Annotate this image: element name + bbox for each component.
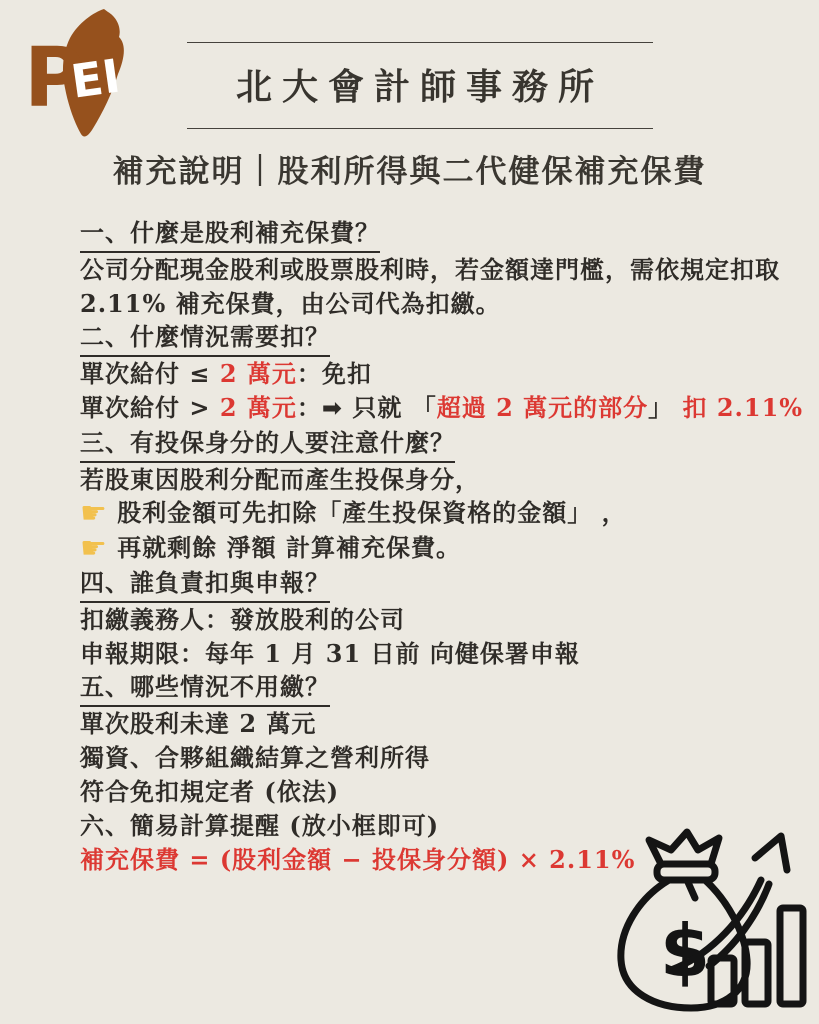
- pei-logo: P EI: [16, 4, 146, 144]
- content: 一、什麼是股利補充保費？公司分配現金股利或股票股利時，若金額達門檻，需依規定扣取…: [80, 216, 750, 877]
- money-growth-illustration: $: [599, 818, 815, 1018]
- pointing-finger-icon: ☛: [80, 531, 108, 566]
- section-who-withholds-reports: 四、誰負責扣與申報？扣繳義務人：發放股利的公司申報期限：每年 1 月 31 日前…: [80, 566, 750, 670]
- section-what-is: 一、什麼是股利補充保費？公司分配現金股利或股票股利時，若金額達門檻，需依規定扣取…: [80, 216, 750, 320]
- text-run: 扣 2.11%: [683, 393, 804, 422]
- section-heading: 三、有投保身分的人要注意什麼？: [80, 426, 750, 463]
- section-insured-status: 三、有投保身分的人要注意什麼？若股東因股利分配而產生投保身分，☛ 股利金額可先扣…: [80, 426, 750, 566]
- text-run: 補充保費 = (股利金額 − 投保身分額) × 2.11%: [80, 845, 635, 874]
- text-run: 單次股利未達 2 萬元: [80, 709, 316, 738]
- text-run: 」: [648, 393, 682, 422]
- masthead: 北大會計師事務所: [187, 42, 653, 129]
- text-run: ：免扣: [297, 359, 372, 388]
- content-line: 單次給付 > 2 萬元：➡ 只就 「超過 2 萬元的部分」 扣 2.11%: [80, 391, 750, 426]
- content-line: 獨資、合夥組織結算之營利所得: [80, 741, 750, 775]
- firm-name: 北大會計師事務所: [187, 59, 653, 110]
- content-line: 若股東因股利分配而產生投保身分，: [80, 463, 750, 497]
- page-title: 補充說明｜股利所得與二代健保補充保費: [0, 146, 819, 191]
- text-run: 只就 「: [343, 393, 437, 422]
- arrow-right-icon: ➡: [322, 394, 343, 422]
- content-line: 單次股利未達 2 萬元: [80, 707, 750, 741]
- text-run: 申報期限：每年 1 月 31 日前 向健保署申報: [80, 639, 580, 668]
- money-bag-icon: $: [621, 832, 747, 1008]
- content-line: ☛ 再就剩餘 淨額 計算補充保費。: [80, 531, 750, 566]
- taiwan-island-icon: P EI: [16, 4, 146, 144]
- content-line: 2.11% 補充保費，由公司代為扣繳。: [80, 287, 750, 321]
- section-heading: 五、哪些情況不用繳？: [80, 670, 750, 707]
- section-heading: 二、什麼情況需要扣？: [80, 320, 750, 357]
- section-exemptions: 五、哪些情況不用繳？單次股利未達 2 萬元獨資、合夥組織結算之營利所得符合免扣規…: [80, 670, 750, 808]
- text-run: 符合免扣規定者 (依法): [80, 777, 339, 806]
- text-run: 2.11% 補充保費，由公司代為扣繳。: [80, 289, 501, 318]
- content-line: 申報期限：每年 1 月 31 日前 向健保署申報: [80, 637, 750, 671]
- text-run: 股利金額可先扣除「產生投保資格的金額」 ，: [108, 498, 627, 527]
- text-run: ：: [297, 393, 322, 422]
- text-run: 單次給付 ≤: [80, 359, 220, 388]
- logo-letters-ei: EI: [68, 48, 124, 108]
- content-line: 公司分配現金股利或股票股利時，若金額達門檻，需依規定扣取: [80, 253, 750, 287]
- text-run: 2 萬元: [220, 393, 297, 422]
- text-run: 若股東因股利分配而產生投保身分，: [80, 465, 480, 494]
- content-line: 扣繳義務人：發放股利的公司: [80, 603, 750, 637]
- pointing-finger-icon: ☛: [80, 496, 108, 531]
- section-heading: 四、誰負責扣與申報？: [80, 566, 750, 603]
- text-run: 扣繳義務人：發放股利的公司: [80, 605, 405, 634]
- section-when-to-withhold: 二、什麼情況需要扣？單次給付 ≤ 2 萬元：免扣單次給付 > 2 萬元：➡ 只就…: [80, 320, 750, 425]
- text-run: 2 萬元: [220, 359, 297, 388]
- content-line: 單次給付 ≤ 2 萬元：免扣: [80, 357, 750, 391]
- text-run: 獨資、合夥組織結算之營利所得: [80, 743, 430, 772]
- section-heading: 一、什麼是股利補充保費？: [80, 216, 750, 253]
- text-run: 再就剩餘 淨額 計算補充保費。: [108, 533, 461, 562]
- text-run: 單次給付 >: [80, 393, 220, 422]
- text-run: 超過 2 萬元的部分: [437, 393, 648, 422]
- content-line: 符合免扣規定者 (依法): [80, 775, 750, 809]
- content-line: ☛ 股利金額可先扣除「產生投保資格的金額」 ，: [80, 496, 750, 531]
- text-run: 公司分配現金股利或股票股利時，若金額達門檻，需依規定扣取: [80, 255, 780, 284]
